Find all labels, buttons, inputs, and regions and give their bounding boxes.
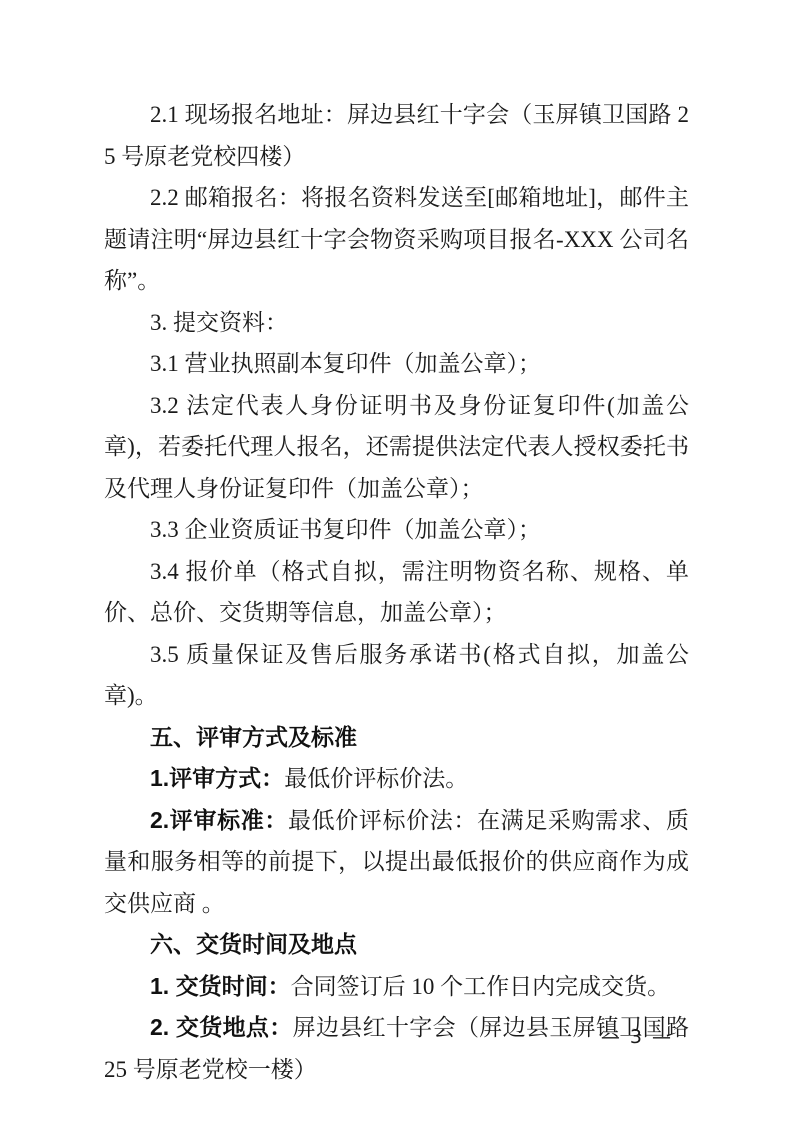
paragraph: 3.1 营业执照副本复印件（加盖公章）； xyxy=(104,343,689,385)
paragraph-label: 1. 交货时间： xyxy=(150,973,291,999)
paragraph-text: 3. 提交资料： xyxy=(150,310,288,335)
paragraph: 2.评审标准：最低价评标价法：在满足采购需求、质量和服务相等的前提下，以提出最低… xyxy=(104,800,689,925)
paragraph-text: 五、评审方式及标准 xyxy=(150,724,357,750)
paragraph-text: 最低价评标价法。 xyxy=(284,766,468,791)
paragraph-text: 六、交货时间及地点 xyxy=(150,931,357,957)
paragraph: 2. 交货地点：屏边县红十字会（屏边县玉屏镇卫国路 25 号原老党校一楼） xyxy=(104,1007,689,1090)
paragraph-label: 2.评审标准： xyxy=(150,807,288,833)
paragraph: 五、评审方式及标准 xyxy=(104,717,689,759)
paragraph: 六、交货时间及地点 xyxy=(104,924,689,966)
document-page: 2.1 现场报名地址：屏边县红十字会（玉屏镇卫国路 25 号原老党校四楼）2.2… xyxy=(0,0,793,1122)
paragraph: 2.1 现场报名地址：屏边县红十字会（玉屏镇卫国路 25 号原老党校四楼） xyxy=(104,94,689,177)
page-footer: — 3 — xyxy=(601,1026,673,1048)
paragraph: 1.评审方式：最低价评标价法。 xyxy=(104,758,689,800)
paragraph: 3. 提交资料： xyxy=(104,302,689,344)
paragraph: 1. 交货时间：合同签订后 10 个工作日内完成交货。 xyxy=(104,966,689,1008)
paragraph-text: 合同签订后 10 个工作日内完成交货。 xyxy=(291,974,671,999)
paragraph-text: 3.2 法定代表人身份证明书及身份证复印件(加盖公章)，若委托代理人报名，还需提… xyxy=(104,393,689,501)
paragraph-text: 3.3 企业资质证书复印件（加盖公章）； xyxy=(150,517,541,542)
paragraph: 3.3 企业资质证书复印件（加盖公章）； xyxy=(104,509,689,551)
paragraph-text: 3.4 报价单（格式自拟，需注明物资名称、规格、单价、总价、交货期等信息，加盖公… xyxy=(104,559,689,626)
paragraph-text: 2.2 邮箱报名：将报名资料发送至[邮箱地址]，邮件主题请注明“屏边县红十字会物… xyxy=(104,185,689,293)
paragraph-text: 3.5 质量保证及售后服务承诺书(格式自拟，加盖公章)。 xyxy=(104,642,689,709)
paragraph: 3.5 质量保证及售后服务承诺书(格式自拟，加盖公章)。 xyxy=(104,634,689,717)
paragraph-label: 2. 交货地点： xyxy=(150,1014,293,1040)
paragraph: 3.2 法定代表人身份证明书及身份证复印件(加盖公章)，若委托代理人报名，还需提… xyxy=(104,385,689,510)
paragraph: 3.4 报价单（格式自拟，需注明物资名称、规格、单价、总价、交货期等信息，加盖公… xyxy=(104,551,689,634)
document-body: 2.1 现场报名地址：屏边县红十字会（玉屏镇卫国路 25 号原老党校四楼）2.2… xyxy=(104,94,689,1090)
paragraph-text: 2.1 现场报名地址：屏边县红十字会（玉屏镇卫国路 25 号原老党校四楼） xyxy=(104,102,689,169)
paragraph-text: 3.1 营业执照副本复印件（加盖公章）； xyxy=(150,351,541,376)
page-number: — 3 — xyxy=(601,1026,673,1048)
paragraph-label: 1.评审方式： xyxy=(150,765,284,791)
paragraph: 2.2 邮箱报名：将报名资料发送至[邮箱地址]，邮件主题请注明“屏边县红十字会物… xyxy=(104,177,689,302)
